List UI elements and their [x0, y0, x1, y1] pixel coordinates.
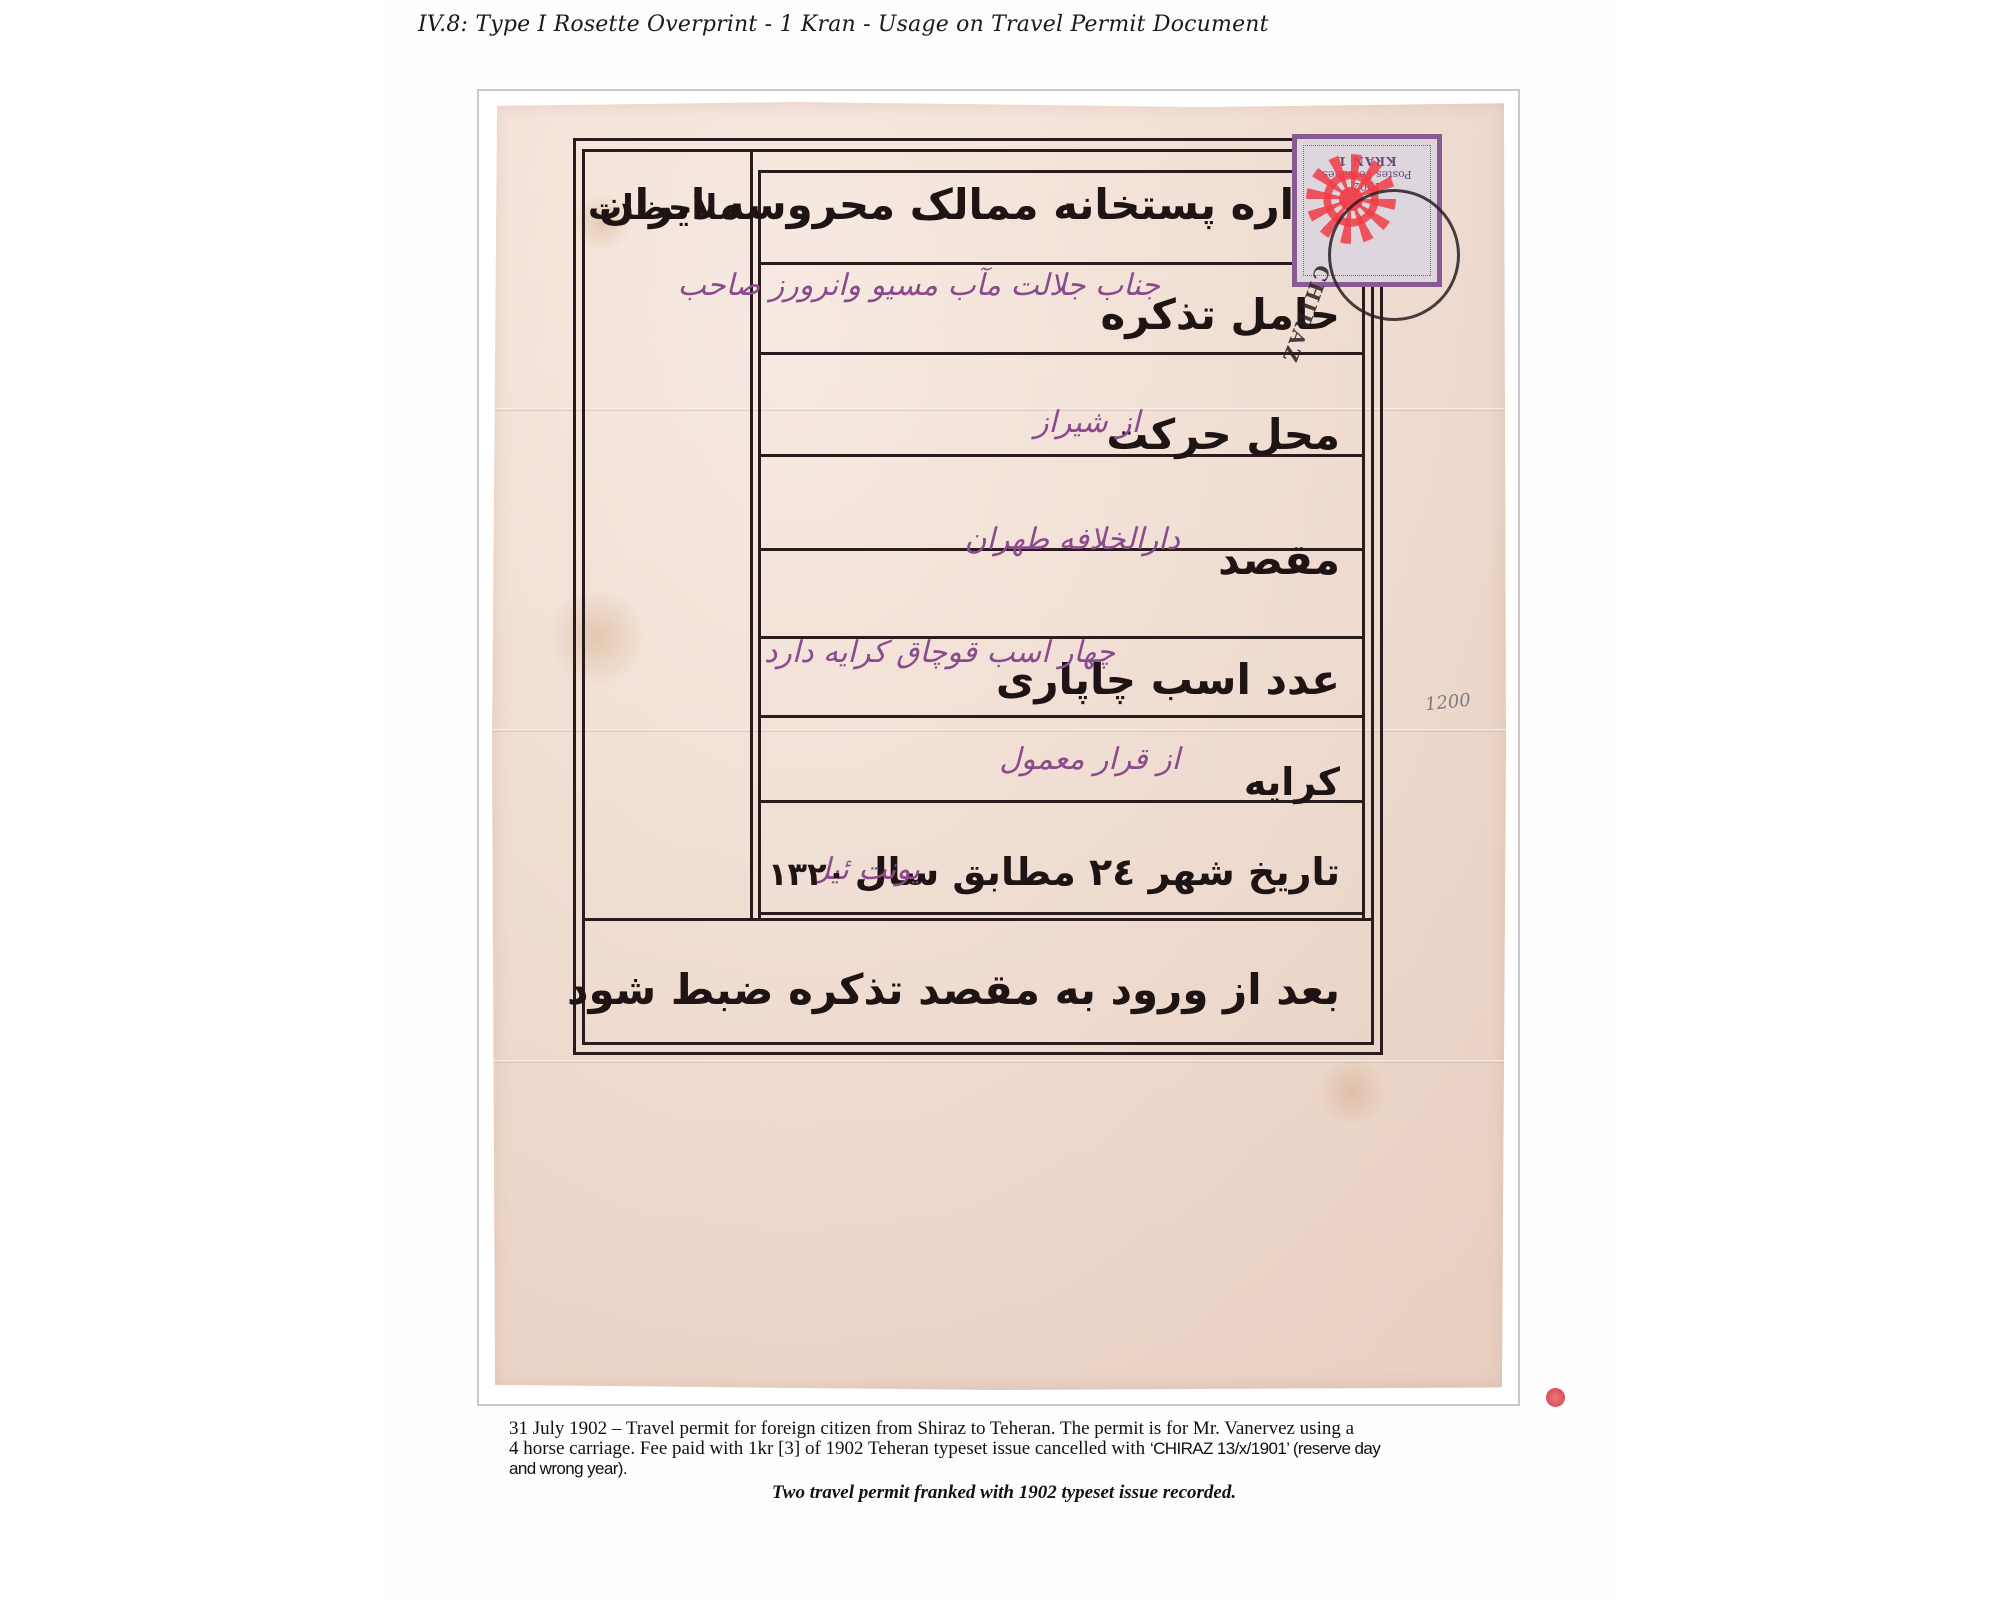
field-value-departure: از شیراز: [1034, 405, 1140, 440]
postmark-circle-icon: [1328, 189, 1460, 321]
field-value-fee: از قرار معمول: [999, 742, 1180, 777]
age-stain: [552, 582, 642, 692]
field-label-date: تاریخ شهر ٢٤ مطابق سال: [855, 850, 1340, 894]
field-value-bearer: جناب جلالت مآب مسیو وانرورز صاحب: [678, 268, 1160, 303]
caption-line-2: 4 horse carriage. Fee paid with 1kr [3] …: [509, 1439, 1499, 1459]
red-marker-dot-icon: [1546, 1388, 1565, 1407]
fold-crease: [492, 729, 1506, 732]
caption-line-2-text: 4 horse carriage. Fee paid with 1kr [3] …: [509, 1438, 1150, 1459]
field-label-destination: مقصد: [1218, 535, 1340, 584]
field-value-year: ١٣٢٠: [768, 855, 846, 893]
field-value-horses: چهار اسب قوچاق کرایه دارد: [764, 635, 1115, 670]
field-value-destination: دارالخلافه طهران: [964, 522, 1180, 557]
field-label-fee: کرایه: [1244, 760, 1340, 804]
caption-note: Two travel permit franked with 1902 type…: [509, 1482, 1499, 1504]
field-label-departure: محل حرکت: [1106, 410, 1340, 459]
fold-crease: [492, 408, 1506, 411]
caption-description: 31 July 1902 – Travel permit for foreign…: [509, 1419, 1499, 1479]
caption-line-3: and wrong year).: [509, 1459, 1499, 1479]
page-title: IV.8: Type I Rosette Overprint - 1 Kran …: [418, 12, 1269, 37]
permit-footer-instruction: بعد از ورود به مقصد تذکره ضبط شود: [780, 965, 1340, 1014]
age-stain: [1312, 1062, 1392, 1122]
caption-line-1: 31 July 1902 – Travel permit for foreign…: [509, 1419, 1499, 1439]
caption-cancel-quote: ‘CHIRAZ 13/x/1901’ (reserve day: [1150, 1439, 1380, 1458]
permit-header: اداره پستخانه ممالک محروسه ایران: [770, 180, 1330, 229]
